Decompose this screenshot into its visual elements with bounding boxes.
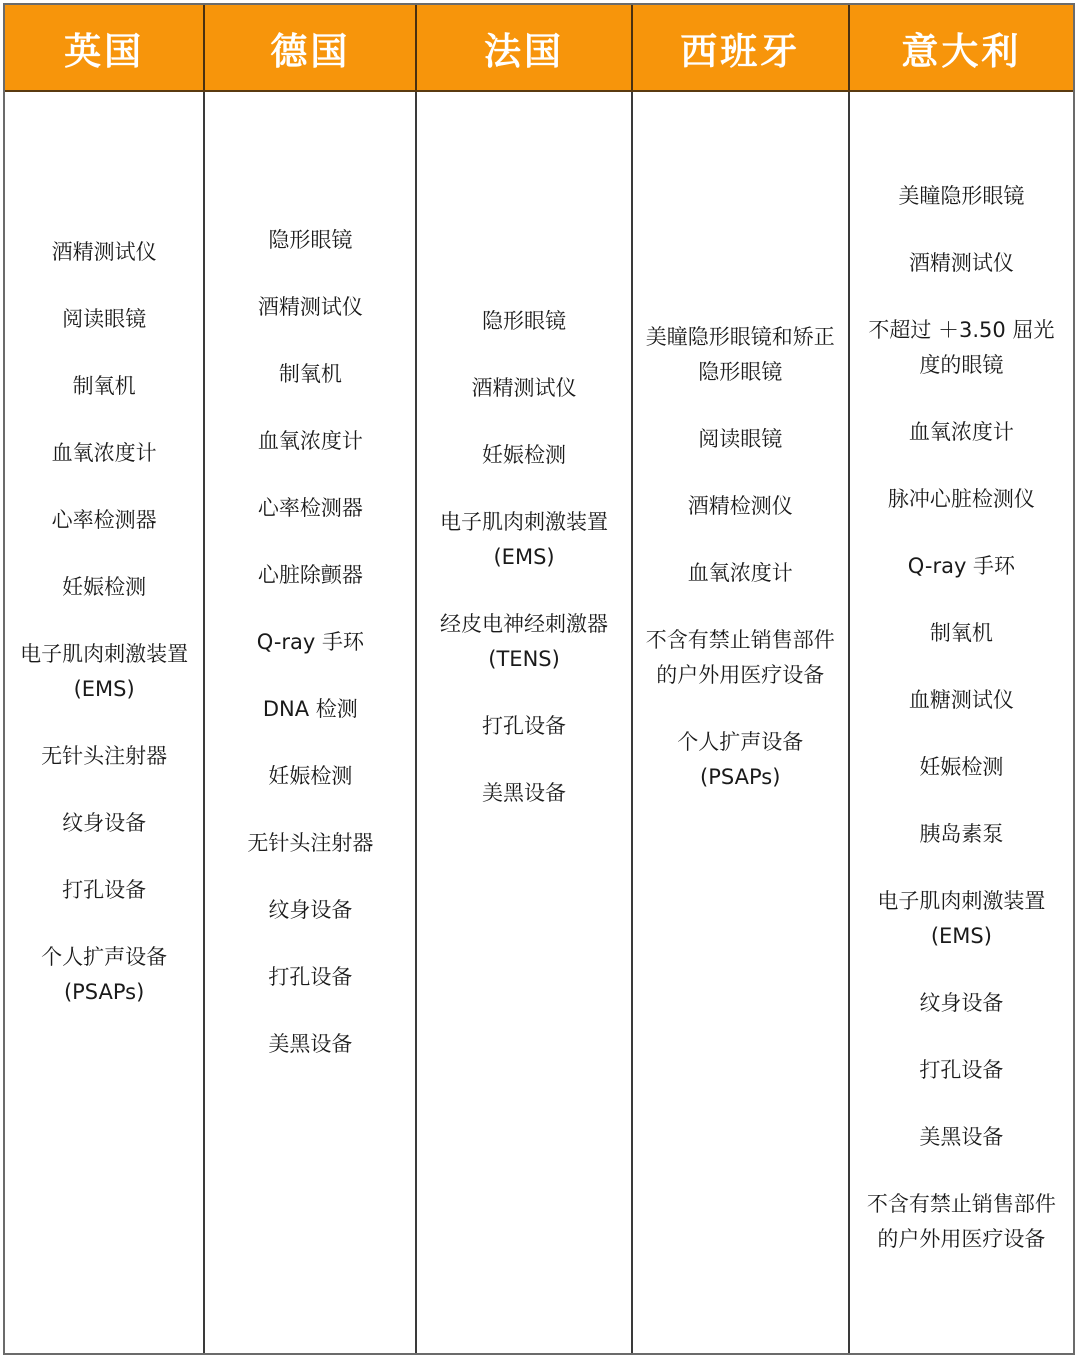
table-cell-item: 打孔设备: [62, 873, 146, 908]
table-cell-item: 阅读眼镜: [62, 302, 146, 337]
table-cell-item: 无针头注射器: [247, 826, 373, 861]
table-cell-item: 美黑设备: [482, 776, 566, 811]
table-cell-item: 心脏除颤器: [258, 558, 363, 593]
table-cell-item: 纹身设备: [919, 986, 1003, 1021]
table-cell-item: 打孔设备: [268, 960, 352, 995]
table-cell-item: 酒精测试仪: [52, 235, 157, 270]
table-cell-item: 妊娠检测: [482, 438, 566, 473]
table-cell-item: 酒精测试仪: [472, 371, 577, 406]
header-france: 法国: [417, 5, 632, 90]
table-cell-item: 不含有禁止销售部件的户外用医疗设备: [643, 623, 838, 693]
table-cell-item: 个人扩声设备 (PSAPs): [643, 725, 838, 795]
table-cell-item: 电子肌肉刺激装置 (EMS): [427, 505, 620, 575]
table-cell-item: 酒精测试仪: [258, 290, 363, 325]
column-germany: 隐形眼镜酒精测试仪制氧机血氧浓度计心率检测器心脏除颤器Q-ray 手环DNA 检…: [205, 92, 417, 1353]
table-cell-item: 血氧浓度计: [52, 436, 157, 471]
table-cell-item: 隐形眼镜: [482, 304, 566, 339]
table-cell-item: 胰岛素泵: [919, 817, 1003, 852]
table-cell-item: 电子肌肉刺激装置 (EMS): [15, 637, 193, 707]
table-cell-item: 打孔设备: [919, 1053, 1003, 1088]
table-cell-item: 心率检测器: [258, 491, 363, 526]
table-cell-item: 心率检测器: [52, 503, 157, 538]
table-cell-item: 不超过 ＋3.50 屈光度的眼镜: [860, 313, 1063, 383]
table-cell-item: 纹身设备: [268, 893, 352, 928]
column-spain: 美瞳隐形眼镜和矫正隐形眼镜阅读眼镜酒精检测仪血氧浓度计不含有禁止销售部件的户外用…: [633, 92, 850, 1353]
table-cell-item: 酒精检测仪: [688, 489, 793, 524]
table-cell-item: 隐形眼镜: [268, 223, 352, 258]
table-cell-item: 制氧机: [930, 616, 993, 651]
table-cell-item: 打孔设备: [482, 709, 566, 744]
table-cell-item: 妊娠检测: [919, 750, 1003, 785]
header-uk: 英国: [5, 5, 205, 90]
table-cell-item: 不含有禁止销售部件的户外用医疗设备: [860, 1187, 1063, 1257]
column-italy: 美瞳隐形眼镜酒精测试仪不超过 ＋3.50 屈光度的眼镜血氧浓度计脉冲心脏检测仪Q…: [850, 92, 1073, 1353]
table-body: 酒精测试仪阅读眼镜制氧机血氧浓度计心率检测器妊娠检测电子肌肉刺激装置 (EMS)…: [5, 92, 1073, 1353]
table-cell-item: 血氧浓度计: [688, 556, 793, 591]
table-cell-item: 血氧浓度计: [909, 415, 1014, 450]
table-cell-item: 制氧机: [73, 369, 136, 404]
header-italy: 意大利: [850, 5, 1073, 90]
table-cell-item: 美瞳隐形眼镜和矫正隐形眼镜: [643, 320, 838, 390]
table-cell-item: 血糖测试仪: [909, 683, 1014, 718]
table-cell-item: 酒精测试仪: [909, 246, 1014, 281]
column-france: 隐形眼镜酒精测试仪妊娠检测电子肌肉刺激装置 (EMS)经皮电神经刺激器(TENS…: [417, 92, 632, 1353]
table-cell-item: Q-ray 手环: [257, 625, 364, 660]
header-germany: 德国: [205, 5, 417, 90]
table-cell-item: 电子肌肉刺激装置 (EMS): [860, 884, 1063, 954]
table-cell-item: 个人扩声设备 (PSAPs): [15, 940, 193, 1010]
table-cell-item: DNA 检测: [263, 692, 358, 727]
table-cell-item: 美黑设备: [268, 1027, 352, 1062]
table-cell-item: Q-ray 手环: [908, 549, 1015, 584]
table-cell-item: 无针头注射器: [41, 739, 167, 774]
table-cell-item: 经皮电神经刺激器(TENS): [427, 607, 620, 677]
header-spain: 西班牙: [633, 5, 850, 90]
country-device-table: 英国 德国 法国 西班牙 意大利 酒精测试仪阅读眼镜制氧机血氧浓度计心率检测器妊…: [3, 3, 1075, 1355]
table-cell-item: 阅读眼镜: [698, 422, 782, 457]
table-cell-item: 制氧机: [279, 357, 342, 392]
table-header-row: 英国 德国 法国 西班牙 意大利: [5, 5, 1073, 92]
table-cell-item: 脉冲心脏检测仪: [888, 482, 1035, 517]
table-cell-item: 美黑设备: [919, 1120, 1003, 1155]
table-cell-item: 妊娠检测: [62, 570, 146, 605]
table-cell-item: 纹身设备: [62, 806, 146, 841]
table-cell-item: 妊娠检测: [268, 759, 352, 794]
table-cell-item: 血氧浓度计: [258, 424, 363, 459]
column-uk: 酒精测试仪阅读眼镜制氧机血氧浓度计心率检测器妊娠检测电子肌肉刺激装置 (EMS)…: [5, 92, 205, 1353]
table-cell-item: 美瞳隐形眼镜: [898, 179, 1024, 214]
